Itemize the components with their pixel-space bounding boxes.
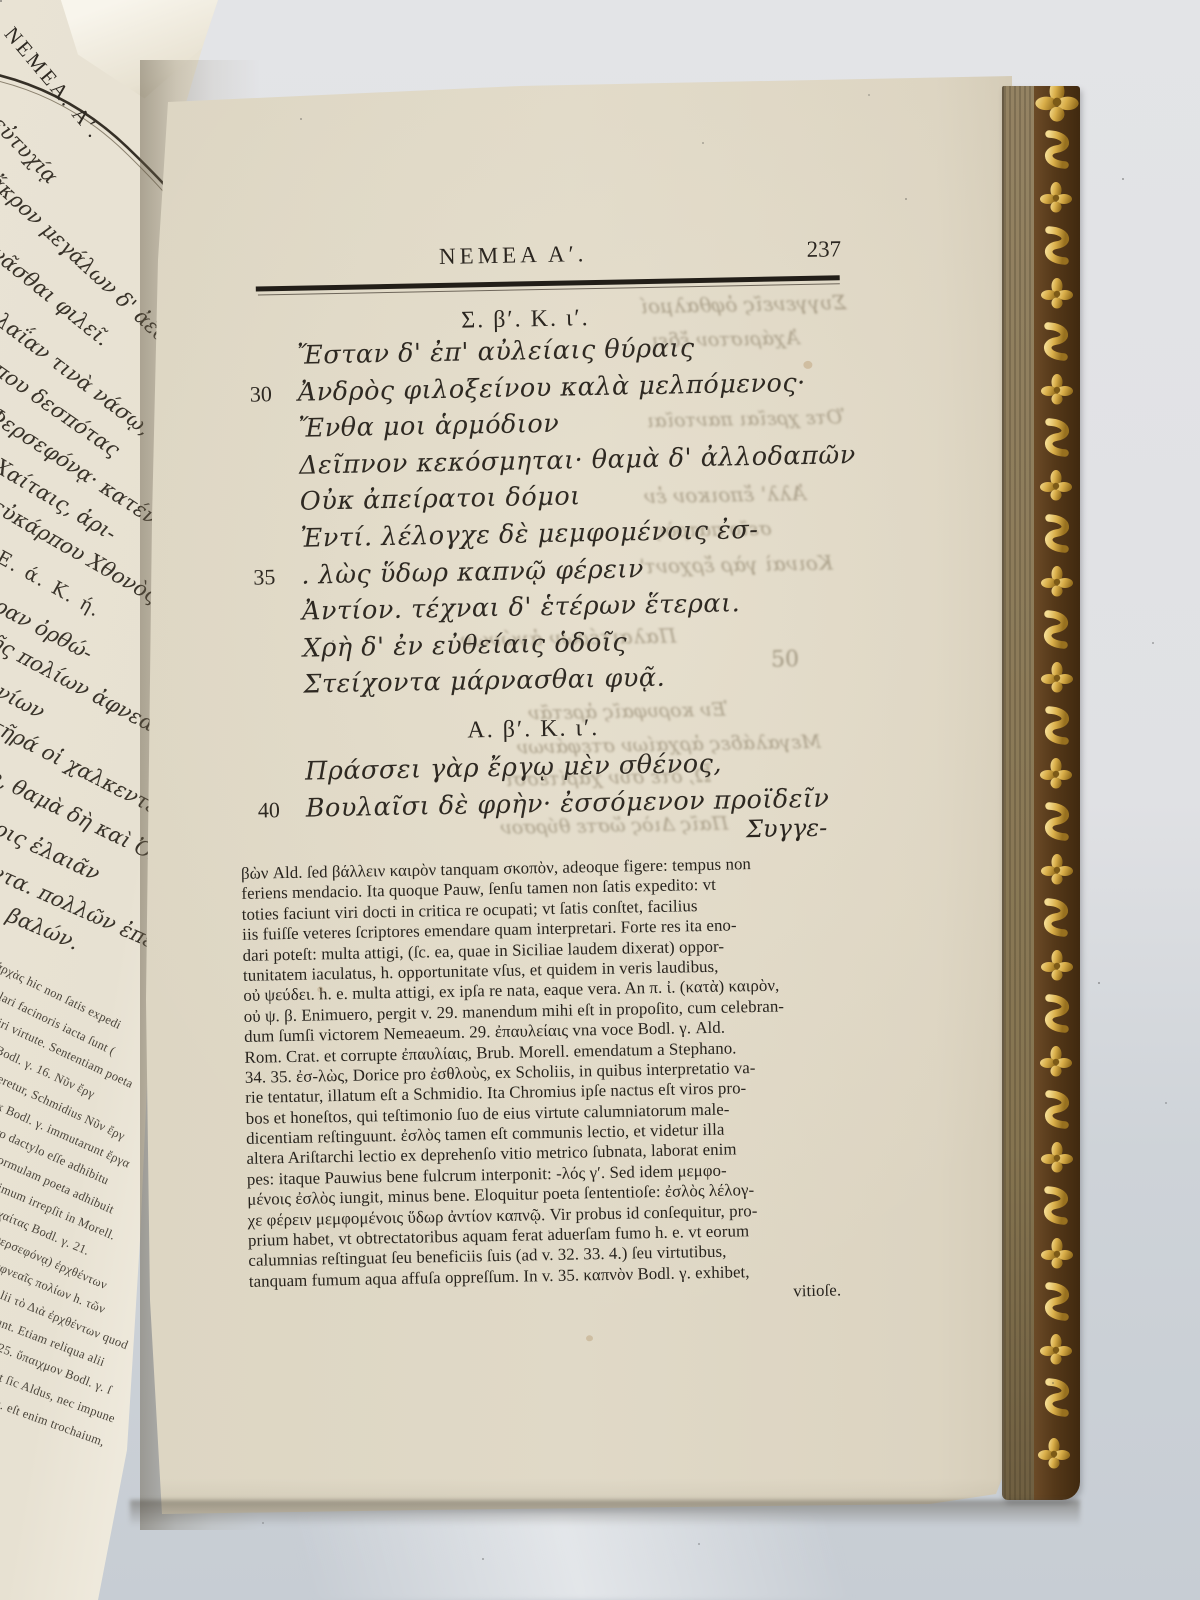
leather-board-edge [1002,86,1034,1500]
verse-number [254,620,302,621]
verse-line: Στείχοντα μάρνασθαι φυᾷ. [255,659,896,708]
verse-line: Ἔνθα μοι ἁρμόδιον [250,403,891,452]
bleedthrough-text: Συγγενεῖς ὀφθαλμοί [640,290,847,318]
verse-number [257,780,305,781]
verse-line: Χρὴ δ' ἐν εὐθείαις ὁδοῖς [254,622,895,671]
verse-block-1: Ἔσταν δ' ἐπ' αὐλείαις θύραις 30Ἀνδρὸς φι… [249,329,896,707]
commentary-line: μένοις ἐσλὸς iungit, minus bene. Eloquit… [247,1179,839,1211]
commentary-line: dari poteſt: multa attigi, (ſc. ea, quae… [242,934,834,966]
page-number: 237 [779,236,841,263]
gold-tooled-border [1034,86,1080,1500]
bleedthrough-text: σεῖο πατρὸς [654,518,772,542]
commentary-line: bos et honeſtos, qui teſtimonio ſuo de e… [246,1097,838,1129]
verse-number: 35 [253,563,301,590]
commentary-line: Rom. Crat. et corrupte ἐπαυλίαις, Brub. … [244,1036,836,1068]
commentary-line: dum ſumſi victorem Nemeaeum. 29. ἐπαυλεί… [244,1016,836,1048]
verse-line: Δεῖπνον κεκόσμηται· θαμὰ δ' ἀλλοδαπῶν [251,439,892,488]
commentary-line: calumnias reſtinguat ſeu beneficiis ſuis… [248,1240,840,1272]
gilt-binding-edge [1002,86,1080,1500]
commentary-line: pes: itaque Pauwius bene fulcrum interpo… [247,1158,839,1190]
catchword: Συγγε- [677,814,828,845]
verse-number [249,364,297,365]
bleedthrough-text: Ἀλλ' ἔποικον ἐν [644,481,806,508]
page-content: Συγγενεῖς ὀφθαλμοί Ἀχάριστον ἔδει Ὅτε χρ… [148,65,1056,1542]
foxing-spot [586,1335,593,1341]
commentary-line: dicentiam reſtinguunt. ἐσλὸς tamen eſt c… [246,1118,838,1150]
head-rule-thick [256,275,840,291]
verse-number: 30 [250,380,298,407]
commentary-line: tunitatem iaculatus, h. opportunitate vſ… [243,954,835,986]
foxing-spot [317,986,323,992]
verse-block-2: Πράσσει γὰρ ἔργῳ μὲν σθένος, 40Βουλαῖσι … [257,745,898,830]
verse-line: Ἔσταν δ' ἐπ' αὐλείαις θύραις [249,329,890,378]
verse-number [251,473,299,474]
commentary-line: χε φέρειν μεμφομένοις ὕδωρ ἀντίον καπνῷ.… [247,1199,839,1231]
strophe-heading-1: Σ. β′. Κ. ι′. [415,304,635,335]
verse-line: Ἐντί. λέλογχε δὲ μεμφομένοις ἐσ- [252,512,893,561]
bleedthrough-text: Παῖς Διὸς ὥστε θύρσον [500,813,729,839]
commentary-line: rie tentatur, illatum eſt a Schmidio. It… [245,1077,837,1109]
verse-number [252,510,300,511]
bleedthrough-text: Ὅτε χρεῖαι παντοῖαι [646,406,845,432]
bleedthrough-text: Κοιναὶ γὰρ ἔρχοντ' [639,550,833,578]
verse-line: 35. λὼς ὕδωρ καπνῷ φέρειν [253,549,894,598]
strophe-heading-2: Α. β′. Κ. ι′. [423,714,643,745]
head-rule-thin [258,283,840,295]
commentary-line: οὐ ψεύδει. h. e. multa attigi, ex ipſa r… [243,975,835,1007]
commentary-line: tanquam fumum aqua affuſa oppreſſum. In … [249,1260,841,1292]
gold-ornament-strip [1034,86,1080,1500]
dust-specks [0,0,2,2]
verse-line: 30Ἀνδρὸς φιλοξείνου καλὰ μελπόμενος· [250,366,891,415]
verse-line: Πράσσει γὰρ ἔργῳ μὲν σθένος, [257,745,898,794]
verse-number [253,547,301,548]
commentary-line: feriens mendacio. Ita quoque Pauw, ſenſu… [241,873,833,905]
running-title: ΝΕΜΕΑ Α′. [428,241,598,270]
book-bottom-shadow [130,1500,1080,1526]
commentary-line: toties faciunt viri docti in critica re … [242,893,834,925]
verse-line: 40Βουλαῖσι δὲ φρὴν· ἐσσόμενον προϊδεῖν [258,782,899,831]
verse-number: 40 [258,796,306,823]
commentary-line: prium habet, vt obtrectatoribus aquam fe… [248,1219,840,1251]
bleedthrough-text: Μεγαλάδες ἀρχαίων στεφάνων [516,731,821,759]
commentary-line: οὐ ψ. β. Enimuero, pergit v. 29. manendu… [244,995,836,1027]
commentary-block: βὼν Ald. ſed βάλλειν καιρὸν tanquam σκοπ… [241,853,842,1313]
photo-backdrop: ΝΕΜΕΑ. Α′. εὐτυχίᾳ ἄκρον μεγάλων δ' ἀέθλ… [0,0,1200,1600]
left-verse-fragment: νίων [0,679,49,723]
bleedthrough-text: Ὦ, ὅτε σὺν χαρίτεσσι [505,765,713,791]
commentary-line: iis fuiſſe veteres ſcriptores emendare q… [242,914,834,946]
bleedthrough-number: 50 [771,647,799,673]
verse-number [256,693,304,694]
verse-number [251,437,299,438]
verse-number [255,656,303,657]
bleedthrough-text: Παλαιτέρων ἀγώνων [460,623,676,651]
bleedthrough-text: Ἀχάριστον ἔδει [651,327,800,352]
commentary-line: altera Ariſtarchi lectio ex deprehenſo v… [246,1138,838,1170]
commentary-line: βὼν Ald. ſed βάλλειν καιρὸν tanquam σκοπ… [241,853,833,885]
commentary-line: vitioſe. [249,1281,841,1313]
verse-line: Ἀντίον. τέχναι δ' ἑτέρων ἕτεραι. [254,585,895,634]
verse-line: Οὐκ ἀπείρατοι δόμοι [252,476,893,525]
bleedthrough-text: Ἐν κορυφαῖς ἀρετᾶν [528,699,728,725]
foxing-spot [803,361,812,369]
commentary-line: 34. 35. ἐσ-λὼς, Dorice pro ἐσθλοὺς, ex S… [245,1056,837,1088]
